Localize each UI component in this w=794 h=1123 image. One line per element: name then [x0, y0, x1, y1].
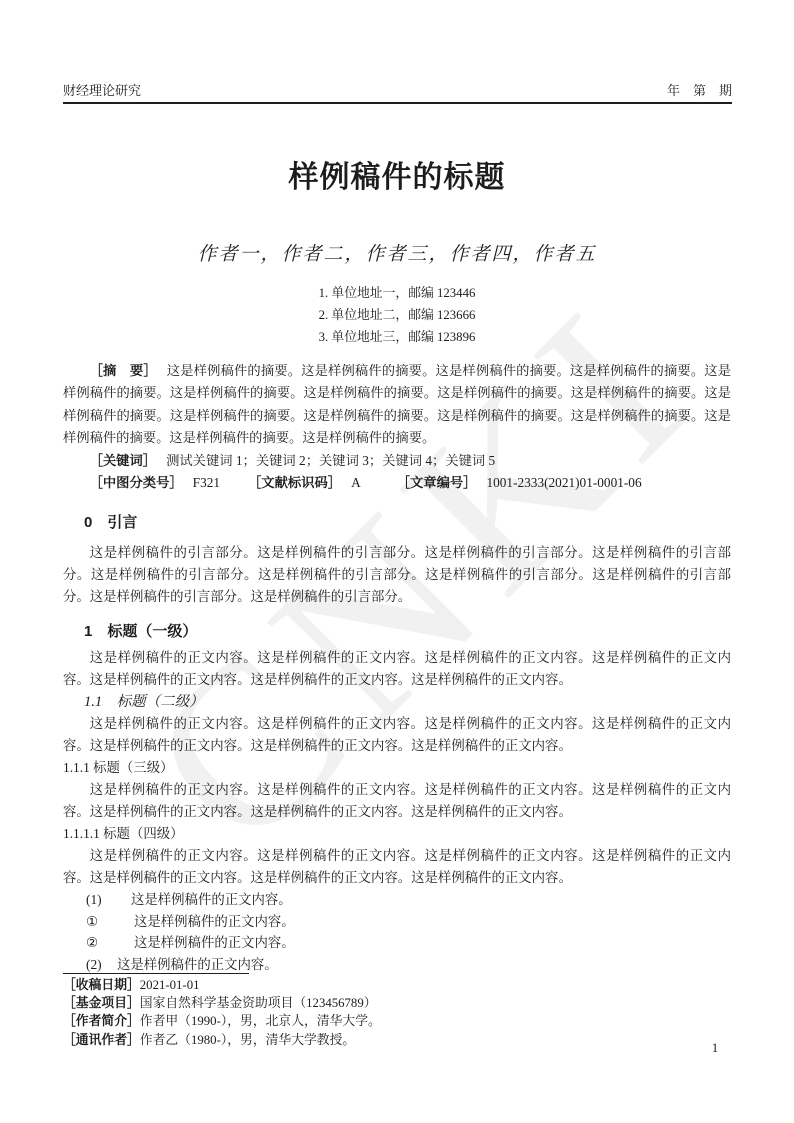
affiliation-line: 1. 单位地址一，邮编 123446 [0, 282, 794, 304]
section-heading-level4: 1.1.1.1 标题（四级） [63, 823, 731, 845]
section-heading-level1: 1 标题（一级） [84, 621, 731, 643]
list-item-text: 这是样例稿件的正文内容。 [134, 914, 295, 929]
article-id-label: ［文章编号］ [397, 475, 477, 490]
clc-label: ［中图分类号］ [90, 475, 183, 490]
section-heading-level1: 0 引言 [84, 512, 731, 534]
body-paragraph: 这是样例稿件的正文内容。这是样例稿件的正文内容。这是样例稿件的正文内容。这是样例… [63, 713, 731, 757]
body-content: 0 引言 这是样例稿件的引言部分。这是样例稿件的引言部分。这是样例稿件的引言部分… [63, 512, 731, 975]
meta-line: ［中图分类号］F321［文献标识码］A［文章编号］1001-2333(2021)… [63, 472, 731, 494]
section-heading-level3: 1.1.1 标题（三级） [63, 757, 731, 779]
issue-info: 年 第 期 [667, 80, 732, 99]
body-paragraph: 这是样例稿件的正文内容。这是样例稿件的正文内容。这是样例稿件的正文内容。这是样例… [63, 647, 731, 691]
numbered-list: (1)这是样例稿件的正文内容。 ①这是样例稿件的正文内容。 ②这是样例稿件的正文… [63, 889, 731, 975]
list-item-text: 这是样例稿件的正文内容。 [134, 935, 295, 950]
section-heading-level2: 1.1 标题（二级） [84, 691, 731, 713]
list-item-text: 这是样例稿件的正文内容。 [117, 957, 278, 972]
footnote-label: ［通讯作者］ [63, 1032, 140, 1047]
list-item: (1)这是样例稿件的正文内容。 [86, 889, 731, 911]
article-id-value: 1001-2333(2021)01-0001-06 [486, 475, 641, 490]
paper-title: 样例稿件的标题 [0, 159, 794, 197]
abstract-label: ［摘 要］ [90, 363, 157, 378]
footnote-line: ［通讯作者］作者乙（1980-），男，清华大学教授。 [63, 1031, 731, 1049]
footnote-label: ［基金项目］ [63, 995, 140, 1010]
footnote-label: ［收稿日期］ [63, 977, 140, 992]
list-item-marker: ② [86, 932, 134, 954]
footnote-line: ［收稿日期］2021-01-01 [63, 976, 731, 994]
footnote-text: 2021-01-01 [140, 978, 200, 992]
list-item-marker: (2) [86, 954, 117, 976]
author-list: 作者一，作者二，作者三，作者四，作者五 [0, 240, 794, 270]
clc-value: F321 [193, 475, 220, 490]
affiliation-line: 2. 单位地址二，邮编 123666 [0, 304, 794, 326]
footnote-rule [63, 973, 249, 974]
journal-name: 财经理论研究 [63, 80, 141, 99]
doc-code-value: A [351, 475, 361, 490]
list-item-marker: (1) [86, 889, 131, 911]
footnote-line: ［作者简介］作者甲（1990-），男，北京人，清华大学。 [63, 1012, 731, 1030]
footnote-text: 国家自然科学基金资助项目（123456789） [140, 996, 377, 1010]
running-header: 财经理论研究 年 第 期 [63, 80, 732, 104]
keywords-text: 测试关键词 1；关键词 2；关键词 3；关键词 4；关键词 5 [166, 453, 495, 468]
document-page: CNKI 财经理论研究 年 第 期 样例稿件的标题 作者一，作者二，作者三，作者… [0, 0, 794, 1123]
list-item-marker: ① [86, 911, 134, 933]
body-paragraph: 这是样例稿件的正文内容。这是样例稿件的正文内容。这是样例稿件的正文内容。这是样例… [63, 845, 731, 889]
footnote-text: 作者甲（1990-），男，北京人，清华大学。 [140, 1014, 381, 1028]
body-paragraph: 这是样例稿件的引言部分。这是样例稿件的引言部分。这是样例稿件的引言部分。这是样例… [63, 542, 731, 608]
list-item: ②这是样例稿件的正文内容。 [86, 932, 731, 954]
footnote-text: 作者乙（1980-），男，清华大学教授。 [140, 1033, 355, 1047]
affiliation-block: 1. 单位地址一，邮编 123446 2. 单位地址二，邮编 123666 3.… [0, 282, 794, 348]
affiliation-line: 3. 单位地址三，邮编 123896 [0, 326, 794, 348]
keywords: ［关键词］测试关键词 1；关键词 2；关键词 3；关键词 4；关键词 5 [63, 450, 731, 472]
list-item: ①这是样例稿件的正文内容。 [86, 911, 731, 933]
page-number: 1 [705, 1040, 725, 1056]
keywords-label: ［关键词］ [90, 453, 156, 468]
footnote-label: ［作者简介］ [63, 1013, 140, 1028]
footnote-line: ［基金项目］国家自然科学基金资助项目（123456789） [63, 994, 731, 1012]
body-paragraph: 这是样例稿件的正文内容。这是样例稿件的正文内容。这是样例稿件的正文内容。这是样例… [63, 779, 731, 823]
list-item: (2)这是样例稿件的正文内容。 [86, 954, 731, 976]
abstract-text: 这是样例稿件的摘要。这是样例稿件的摘要。这是样例稿件的摘要。这是样例稿件的摘要。… [63, 363, 731, 445]
abstract: ［摘 要］这是样例稿件的摘要。这是样例稿件的摘要。这是样例稿件的摘要。这是样例稿… [63, 360, 731, 450]
footnote-block: ［收稿日期］2021-01-01 ［基金项目］国家自然科学基金资助项目（1234… [63, 976, 731, 1049]
front-matter: ［摘 要］这是样例稿件的摘要。这是样例稿件的摘要。这是样例稿件的摘要。这是样例稿… [63, 360, 731, 494]
doc-code-label: ［文献标识码］ [248, 475, 341, 490]
list-item-text: 这是样例稿件的正文内容。 [131, 892, 292, 907]
